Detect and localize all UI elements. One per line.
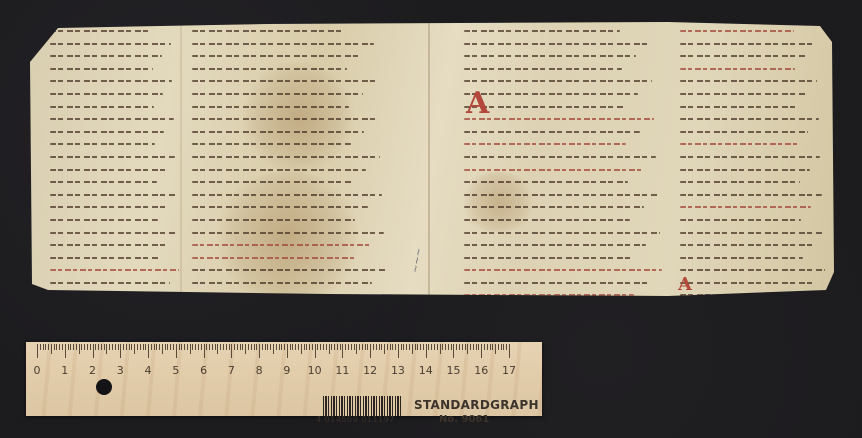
script-line xyxy=(680,181,800,183)
script-line xyxy=(680,257,803,259)
script-line xyxy=(50,194,176,196)
script-line xyxy=(50,93,163,95)
script-line xyxy=(680,93,807,95)
script-line xyxy=(50,232,177,234)
script-line xyxy=(464,269,662,271)
ruler-label: 5 xyxy=(172,364,179,377)
script-line xyxy=(464,143,626,145)
script-line xyxy=(192,131,364,133)
ruler-hole xyxy=(96,379,112,395)
ruler-scale: 01234567891011121314151617 xyxy=(37,344,509,366)
script-line xyxy=(464,55,636,57)
script-line xyxy=(680,244,813,246)
script-line xyxy=(50,143,155,145)
script-line xyxy=(464,131,640,133)
ruler-label: 2 xyxy=(89,364,96,377)
barcode-number: 4 014509 011197 xyxy=(316,415,395,424)
script-line xyxy=(680,219,801,221)
margin-annotation: ~~~ xyxy=(410,247,425,274)
script-line xyxy=(464,156,656,158)
script-line xyxy=(50,257,159,259)
fold-line xyxy=(180,22,182,296)
script-line xyxy=(680,131,808,133)
script-line xyxy=(192,156,380,158)
script-line xyxy=(192,232,384,234)
script-line xyxy=(680,143,798,145)
measuring-ruler: 01234567891011121314151617 4 014509 0111… xyxy=(26,342,542,416)
script-line xyxy=(50,80,172,82)
ruler-label: 17 xyxy=(502,364,516,377)
text-column-4 xyxy=(680,30,826,332)
ruler-model: No. 9061 xyxy=(439,414,489,425)
script-line xyxy=(50,181,157,183)
script-line xyxy=(192,55,361,57)
script-line xyxy=(680,232,823,234)
script-line xyxy=(192,169,366,171)
script-line xyxy=(50,118,174,120)
text-column-3 xyxy=(464,30,664,332)
script-line xyxy=(680,194,822,196)
script-line xyxy=(50,43,171,45)
decorated-initial: A xyxy=(466,86,489,121)
script-line xyxy=(192,206,368,208)
decorated-initial: A xyxy=(678,274,692,295)
script-line xyxy=(192,282,372,284)
script-line xyxy=(50,219,158,221)
script-line xyxy=(680,269,825,271)
script-line xyxy=(680,206,811,208)
ruler-label: 16 xyxy=(474,364,488,377)
script-line xyxy=(50,131,164,133)
script-line xyxy=(50,106,154,108)
script-line xyxy=(464,118,654,120)
script-line xyxy=(464,80,652,82)
script-line xyxy=(192,257,357,259)
script-line xyxy=(464,219,630,221)
script-line xyxy=(192,118,378,120)
script-line xyxy=(464,43,650,45)
script-line xyxy=(464,30,620,32)
ruler-label: 13 xyxy=(391,364,405,377)
script-line xyxy=(680,55,806,57)
script-line xyxy=(50,282,170,284)
script-line xyxy=(464,244,646,246)
script-line xyxy=(680,80,817,82)
script-line xyxy=(464,93,638,95)
script-line xyxy=(464,169,642,171)
ruler-label: 6 xyxy=(200,364,207,377)
script-line xyxy=(192,93,363,95)
script-line xyxy=(192,269,386,271)
ruler-label: 7 xyxy=(228,364,235,377)
ruler-label: 12 xyxy=(363,364,377,377)
script-line xyxy=(50,30,151,32)
script-line xyxy=(50,156,175,158)
script-line xyxy=(192,194,382,196)
text-column-1 xyxy=(50,30,180,332)
script-line xyxy=(680,118,819,120)
script-line xyxy=(680,68,795,70)
ruler-label: 0 xyxy=(34,364,41,377)
script-line xyxy=(464,206,644,208)
script-line xyxy=(464,282,648,284)
script-line xyxy=(464,232,660,234)
ruler-label: 4 xyxy=(145,364,152,377)
script-line xyxy=(464,194,658,196)
script-line xyxy=(680,43,816,45)
ruler-label: 1 xyxy=(61,364,68,377)
script-line xyxy=(50,244,168,246)
ruler-label: 14 xyxy=(419,364,433,377)
script-line xyxy=(464,257,632,259)
fold-line xyxy=(428,22,430,296)
ruler-label: 11 xyxy=(335,364,349,377)
script-line xyxy=(192,68,347,70)
ruler-brand: STANDARDGRAPH xyxy=(414,398,539,412)
script-line xyxy=(192,80,376,82)
script-line xyxy=(50,169,166,171)
script-line xyxy=(680,156,820,158)
ruler-label: 3 xyxy=(117,364,124,377)
script-line xyxy=(50,68,153,70)
script-line xyxy=(192,30,345,32)
script-line xyxy=(192,43,374,45)
ruler-label: 9 xyxy=(283,364,290,377)
script-line xyxy=(50,206,167,208)
ruler-label: 10 xyxy=(308,364,322,377)
barcode xyxy=(323,396,401,416)
script-line xyxy=(680,169,810,171)
script-line xyxy=(192,181,353,183)
script-line xyxy=(680,282,814,284)
script-line xyxy=(464,68,622,70)
ruler-label: 8 xyxy=(256,364,263,377)
script-line xyxy=(50,55,162,57)
text-column-2 xyxy=(192,30,388,332)
script-line xyxy=(680,30,794,32)
script-line xyxy=(192,106,349,108)
script-line xyxy=(192,244,370,246)
ruler-label: 15 xyxy=(446,364,460,377)
script-line xyxy=(464,181,628,183)
manuscript-fragment: A A ~~~ xyxy=(28,22,836,296)
script-line xyxy=(50,269,179,271)
script-line xyxy=(680,106,797,108)
script-line xyxy=(192,219,355,221)
script-line xyxy=(192,143,351,145)
